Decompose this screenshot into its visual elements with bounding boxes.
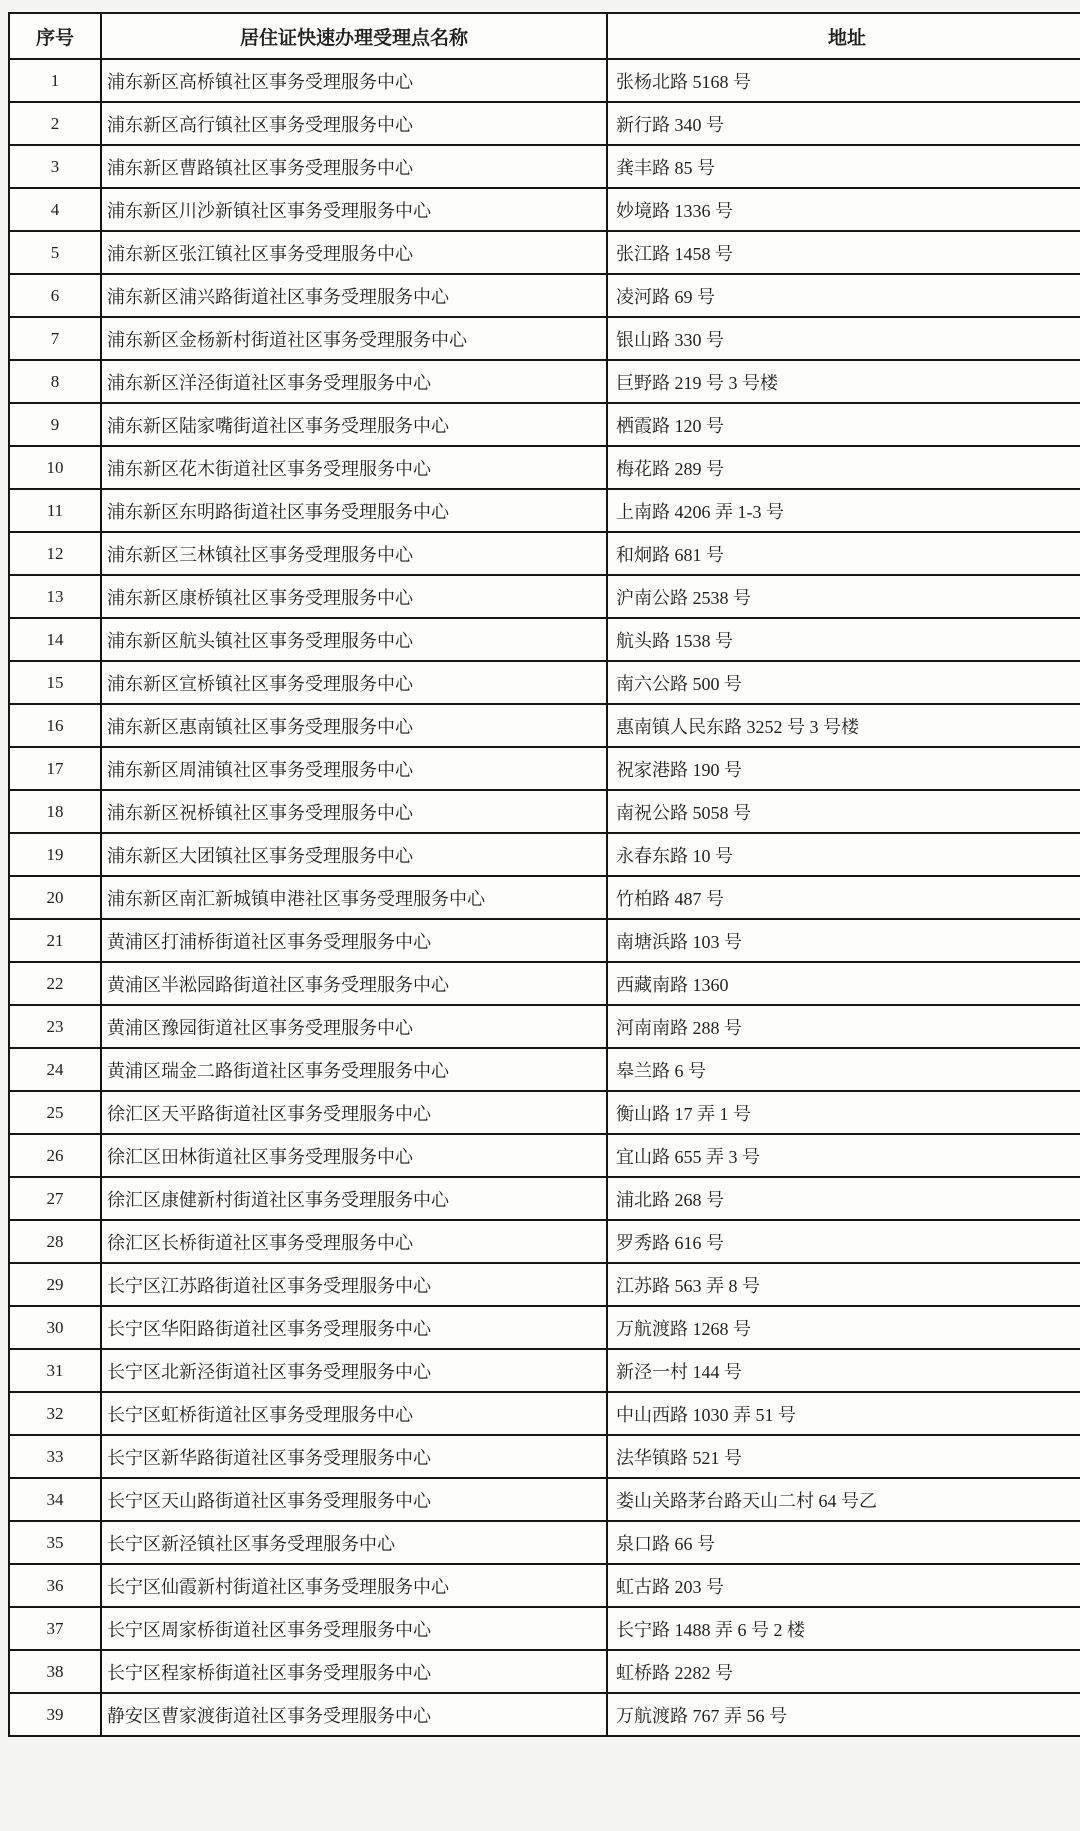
table-row: 6浦东新区浦兴路街道社区事务受理服务中心凌河路 69 号 [9,274,1080,317]
point-address-cell: 张江路 1458 号 [607,231,1080,274]
row-index-cell: 8 [9,360,101,403]
row-index-cell: 13 [9,575,101,618]
row-index-cell: 5 [9,231,101,274]
row-index-cell: 20 [9,876,101,919]
point-name-cell: 浦东新区惠南镇社区事务受理服务中心 [101,704,607,747]
row-index-cell: 29 [9,1263,101,1306]
point-name-cell: 长宁区虹桥街道社区事务受理服务中心 [101,1392,607,1435]
table-row: 10浦东新区花木街道社区事务受理服务中心梅花路 289 号 [9,446,1080,489]
row-index-cell: 4 [9,188,101,231]
row-index-cell: 18 [9,790,101,833]
point-address-cell: 永春东路 10 号 [607,833,1080,876]
point-name-cell: 徐汇区田林街道社区事务受理服务中心 [101,1134,607,1177]
point-address-cell: 宜山路 655 弄 3 号 [607,1134,1080,1177]
point-name-cell: 浦东新区陆家嘴街道社区事务受理服务中心 [101,403,607,446]
row-index-cell: 36 [9,1564,101,1607]
table-row: 27徐汇区康健新村街道社区事务受理服务中心浦北路 268 号 [9,1177,1080,1220]
table-body: 1浦东新区高桥镇社区事务受理服务中心张杨北路 5168 号2浦东新区高行镇社区事… [9,59,1080,1736]
point-name-cell: 浦东新区花木街道社区事务受理服务中心 [101,446,607,489]
row-index-cell: 6 [9,274,101,317]
row-index-cell: 31 [9,1349,101,1392]
row-index-cell: 1 [9,59,101,102]
point-address-cell: 银山路 330 号 [607,317,1080,360]
table-row: 34长宁区天山路街道社区事务受理服务中心娄山关路茅台路天山二村 64 号乙 [9,1478,1080,1521]
table-row: 2浦东新区高行镇社区事务受理服务中心新行路 340 号 [9,102,1080,145]
point-name-cell: 浦东新区浦兴路街道社区事务受理服务中心 [101,274,607,317]
point-address-cell: 南塘浜路 103 号 [607,919,1080,962]
row-index-cell: 3 [9,145,101,188]
point-name-cell: 浦东新区宣桥镇社区事务受理服务中心 [101,661,607,704]
point-address-cell: 虹古路 203 号 [607,1564,1080,1607]
row-index-cell: 37 [9,1607,101,1650]
row-index-cell: 19 [9,833,101,876]
row-index-cell: 27 [9,1177,101,1220]
point-address-cell: 南六公路 500 号 [607,661,1080,704]
table-row: 9浦东新区陆家嘴街道社区事务受理服务中心栖霞路 120 号 [9,403,1080,446]
point-address-cell: 娄山关路茅台路天山二村 64 号乙 [607,1478,1080,1521]
point-address-cell: 罗秀路 616 号 [607,1220,1080,1263]
point-name-cell: 长宁区周家桥街道社区事务受理服务中心 [101,1607,607,1650]
table-row: 19浦东新区大团镇社区事务受理服务中心永春东路 10 号 [9,833,1080,876]
point-address-cell: 新行路 340 号 [607,102,1080,145]
table-row: 33长宁区新华路街道社区事务受理服务中心法华镇路 521 号 [9,1435,1080,1478]
point-address-cell: 江苏路 563 弄 8 号 [607,1263,1080,1306]
point-name-cell: 浦东新区南汇新城镇申港社区事务受理服务中心 [101,876,607,919]
row-index-cell: 33 [9,1435,101,1478]
point-address-cell: 祝家港路 190 号 [607,747,1080,790]
row-index-cell: 15 [9,661,101,704]
point-address-cell: 皋兰路 6 号 [607,1048,1080,1091]
point-name-cell: 浦东新区祝桥镇社区事务受理服务中心 [101,790,607,833]
point-address-cell: 万航渡路 767 弄 56 号 [607,1693,1080,1736]
point-name-cell: 浦东新区金杨新村街道社区事务受理服务中心 [101,317,607,360]
acceptance-points-table: 序号 居住证快速办理受理点名称 地址 1浦东新区高桥镇社区事务受理服务中心张杨北… [8,12,1080,1737]
point-name-cell: 浦东新区周浦镇社区事务受理服务中心 [101,747,607,790]
point-name-cell: 长宁区华阳路街道社区事务受理服务中心 [101,1306,607,1349]
point-name-cell: 浦东新区川沙新镇社区事务受理服务中心 [101,188,607,231]
row-index-cell: 23 [9,1005,101,1048]
point-name-cell: 长宁区仙霞新村街道社区事务受理服务中心 [101,1564,607,1607]
row-index-cell: 26 [9,1134,101,1177]
point-name-cell: 徐汇区长桥街道社区事务受理服务中心 [101,1220,607,1263]
header-cell-address: 地址 [607,13,1080,59]
table-row: 3浦东新区曹路镇社区事务受理服务中心龚丰路 85 号 [9,145,1080,188]
point-name-cell: 浦东新区东明路街道社区事务受理服务中心 [101,489,607,532]
point-address-cell: 虹桥路 2282 号 [607,1650,1080,1693]
point-name-cell: 长宁区北新泾街道社区事务受理服务中心 [101,1349,607,1392]
point-name-cell: 长宁区新泾镇社区事务受理服务中心 [101,1521,607,1564]
point-name-cell: 静安区曹家渡街道社区事务受理服务中心 [101,1693,607,1736]
point-address-cell: 西藏南路 1360 [607,962,1080,1005]
table-row: 18浦东新区祝桥镇社区事务受理服务中心南祝公路 5058 号 [9,790,1080,833]
table-row: 28徐汇区长桥街道社区事务受理服务中心罗秀路 616 号 [9,1220,1080,1263]
point-address-cell: 沪南公路 2538 号 [607,575,1080,618]
document-page: 序号 居住证快速办理受理点名称 地址 1浦东新区高桥镇社区事务受理服务中心张杨北… [0,0,1080,1831]
table-row: 38长宁区程家桥街道社区事务受理服务中心虹桥路 2282 号 [9,1650,1080,1693]
table-row: 16浦东新区惠南镇社区事务受理服务中心惠南镇人民东路 3252 号 3 号楼 [9,704,1080,747]
point-address-cell: 新泾一村 144 号 [607,1349,1080,1392]
table-row: 4浦东新区川沙新镇社区事务受理服务中心妙境路 1336 号 [9,188,1080,231]
row-index-cell: 17 [9,747,101,790]
point-address-cell: 张杨北路 5168 号 [607,59,1080,102]
row-index-cell: 9 [9,403,101,446]
row-index-cell: 2 [9,102,101,145]
table-row: 17浦东新区周浦镇社区事务受理服务中心祝家港路 190 号 [9,747,1080,790]
point-name-cell: 长宁区江苏路街道社区事务受理服务中心 [101,1263,607,1306]
point-name-cell: 浦东新区康桥镇社区事务受理服务中心 [101,575,607,618]
point-name-cell: 浦东新区张江镇社区事务受理服务中心 [101,231,607,274]
point-address-cell: 泉口路 66 号 [607,1521,1080,1564]
point-address-cell: 惠南镇人民东路 3252 号 3 号楼 [607,704,1080,747]
point-address-cell: 妙境路 1336 号 [607,188,1080,231]
table-row: 20浦东新区南汇新城镇申港社区事务受理服务中心竹柏路 487 号 [9,876,1080,919]
header-cell-index: 序号 [9,13,101,59]
table-row: 25徐汇区天平路街道社区事务受理服务中心衡山路 17 弄 1 号 [9,1091,1080,1134]
row-index-cell: 14 [9,618,101,661]
row-index-cell: 39 [9,1693,101,1736]
point-address-cell: 上南路 4206 弄 1-3 号 [607,489,1080,532]
row-index-cell: 24 [9,1048,101,1091]
point-name-cell: 黄浦区瑞金二路街道社区事务受理服务中心 [101,1048,607,1091]
point-address-cell: 竹柏路 487 号 [607,876,1080,919]
table-row: 24黄浦区瑞金二路街道社区事务受理服务中心皋兰路 6 号 [9,1048,1080,1091]
table-row: 30长宁区华阳路街道社区事务受理服务中心万航渡路 1268 号 [9,1306,1080,1349]
table-row: 39静安区曹家渡街道社区事务受理服务中心万航渡路 767 弄 56 号 [9,1693,1080,1736]
point-name-cell: 长宁区新华路街道社区事务受理服务中心 [101,1435,607,1478]
point-address-cell: 浦北路 268 号 [607,1177,1080,1220]
point-name-cell: 浦东新区航头镇社区事务受理服务中心 [101,618,607,661]
row-index-cell: 22 [9,962,101,1005]
point-address-cell: 南祝公路 5058 号 [607,790,1080,833]
row-index-cell: 7 [9,317,101,360]
point-address-cell: 中山西路 1030 弄 51 号 [607,1392,1080,1435]
point-name-cell: 黄浦区打浦桥街道社区事务受理服务中心 [101,919,607,962]
point-address-cell: 凌河路 69 号 [607,274,1080,317]
table-row: 37长宁区周家桥街道社区事务受理服务中心长宁路 1488 弄 6 号 2 楼 [9,1607,1080,1650]
table-row: 26徐汇区田林街道社区事务受理服务中心宜山路 655 弄 3 号 [9,1134,1080,1177]
point-name-cell: 长宁区程家桥街道社区事务受理服务中心 [101,1650,607,1693]
point-name-cell: 浦东新区洋泾街道社区事务受理服务中心 [101,360,607,403]
row-index-cell: 16 [9,704,101,747]
row-index-cell: 21 [9,919,101,962]
table-row: 7浦东新区金杨新村街道社区事务受理服务中心银山路 330 号 [9,317,1080,360]
point-address-cell: 梅花路 289 号 [607,446,1080,489]
table-row: 23黄浦区豫园街道社区事务受理服务中心河南南路 288 号 [9,1005,1080,1048]
table-row: 21黄浦区打浦桥街道社区事务受理服务中心南塘浜路 103 号 [9,919,1080,962]
point-address-cell: 长宁路 1488 弄 6 号 2 楼 [607,1607,1080,1650]
header-cell-name: 居住证快速办理受理点名称 [101,13,607,59]
table-row: 32长宁区虹桥街道社区事务受理服务中心中山西路 1030 弄 51 号 [9,1392,1080,1435]
row-index-cell: 28 [9,1220,101,1263]
table-row: 22黄浦区半淞园路街道社区事务受理服务中心西藏南路 1360 [9,962,1080,1005]
row-index-cell: 11 [9,489,101,532]
point-name-cell: 浦东新区三林镇社区事务受理服务中心 [101,532,607,575]
point-name-cell: 黄浦区半淞园路街道社区事务受理服务中心 [101,962,607,1005]
row-index-cell: 34 [9,1478,101,1521]
point-name-cell: 浦东新区高桥镇社区事务受理服务中心 [101,59,607,102]
table-row: 15浦东新区宣桥镇社区事务受理服务中心南六公路 500 号 [9,661,1080,704]
table-row: 29长宁区江苏路街道社区事务受理服务中心江苏路 563 弄 8 号 [9,1263,1080,1306]
row-index-cell: 25 [9,1091,101,1134]
point-address-cell: 巨野路 219 号 3 号楼 [607,360,1080,403]
point-name-cell: 浦东新区大团镇社区事务受理服务中心 [101,833,607,876]
point-address-cell: 万航渡路 1268 号 [607,1306,1080,1349]
point-address-cell: 和炯路 681 号 [607,532,1080,575]
point-address-cell: 衡山路 17 弄 1 号 [607,1091,1080,1134]
point-address-cell: 龚丰路 85 号 [607,145,1080,188]
table-row: 35长宁区新泾镇社区事务受理服务中心泉口路 66 号 [9,1521,1080,1564]
table-row: 1浦东新区高桥镇社区事务受理服务中心张杨北路 5168 号 [9,59,1080,102]
point-name-cell: 徐汇区康健新村街道社区事务受理服务中心 [101,1177,607,1220]
point-address-cell: 法华镇路 521 号 [607,1435,1080,1478]
row-index-cell: 32 [9,1392,101,1435]
table-header-row: 序号 居住证快速办理受理点名称 地址 [9,13,1080,59]
point-address-cell: 航头路 1538 号 [607,618,1080,661]
point-name-cell: 浦东新区高行镇社区事务受理服务中心 [101,102,607,145]
point-name-cell: 黄浦区豫园街道社区事务受理服务中心 [101,1005,607,1048]
table-row: 5浦东新区张江镇社区事务受理服务中心张江路 1458 号 [9,231,1080,274]
row-index-cell: 12 [9,532,101,575]
point-address-cell: 河南南路 288 号 [607,1005,1080,1048]
row-index-cell: 38 [9,1650,101,1693]
table-row: 11浦东新区东明路街道社区事务受理服务中心上南路 4206 弄 1-3 号 [9,489,1080,532]
table-row: 12浦东新区三林镇社区事务受理服务中心和炯路 681 号 [9,532,1080,575]
table-row: 8浦东新区洋泾街道社区事务受理服务中心巨野路 219 号 3 号楼 [9,360,1080,403]
row-index-cell: 10 [9,446,101,489]
point-address-cell: 栖霞路 120 号 [607,403,1080,446]
table-row: 31长宁区北新泾街道社区事务受理服务中心新泾一村 144 号 [9,1349,1080,1392]
point-name-cell: 徐汇区天平路街道社区事务受理服务中心 [101,1091,607,1134]
table-row: 14浦东新区航头镇社区事务受理服务中心航头路 1538 号 [9,618,1080,661]
row-index-cell: 30 [9,1306,101,1349]
table-row: 13浦东新区康桥镇社区事务受理服务中心沪南公路 2538 号 [9,575,1080,618]
point-name-cell: 长宁区天山路街道社区事务受理服务中心 [101,1478,607,1521]
row-index-cell: 35 [9,1521,101,1564]
table-row: 36长宁区仙霞新村街道社区事务受理服务中心虹古路 203 号 [9,1564,1080,1607]
point-name-cell: 浦东新区曹路镇社区事务受理服务中心 [101,145,607,188]
